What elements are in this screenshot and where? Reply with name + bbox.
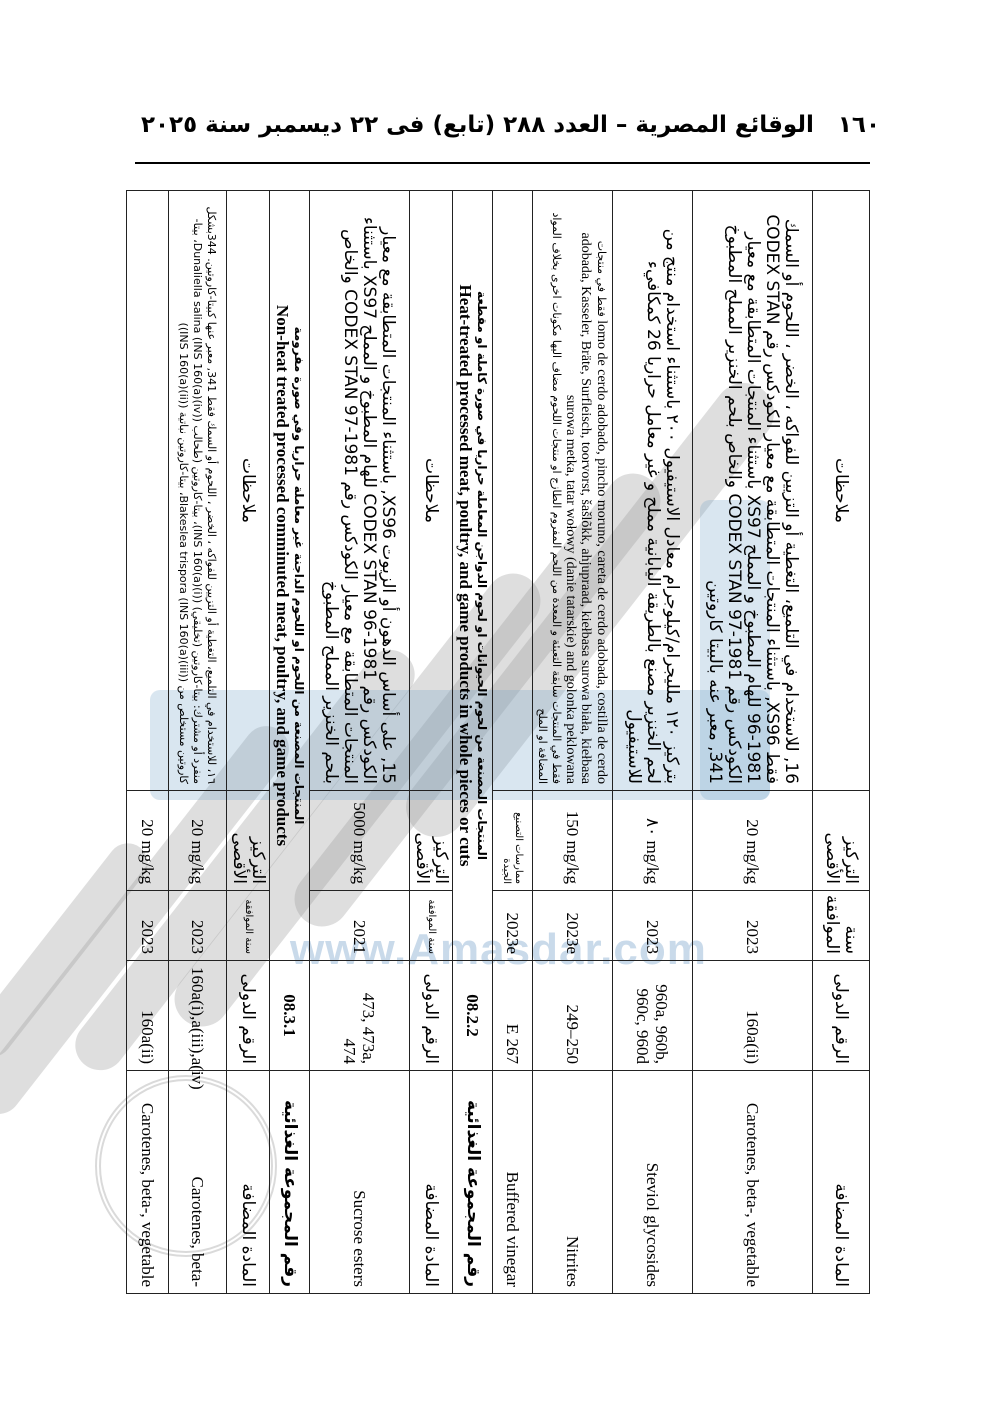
ins-cell: 473, 473a, 474 <box>310 961 410 1071</box>
ins-cell: 160a(i),a(iii),a(iv) <box>169 961 227 1071</box>
year-cell: 2023 <box>127 891 169 961</box>
notes-cell <box>493 191 533 791</box>
page-number: ١٦٠ <box>838 112 880 138</box>
header-year: سنة الموافقة <box>227 891 270 961</box>
additive-cell: Steviol glycosides <box>613 1071 693 1294</box>
ins-cell: 160a(ii) <box>127 961 169 1071</box>
table-header-row: ملاحظات التركيز الأقصى سنة الموافقة الرق… <box>227 191 270 1294</box>
max-level-cell: 150 mg/kg <box>533 791 613 891</box>
gazette-title: الوقائع المصرية – العدد ٢٨٨ (تابع) فى ٢٢… <box>141 112 814 138</box>
max-level-cell: ممارسات التصنيع الجيدة <box>493 791 533 891</box>
notes-cell: ١٦، للاستخدام في التلميع، التغطية أو الت… <box>169 191 227 791</box>
year-cell: 2023 <box>613 891 693 961</box>
table-row: 15, على أساس الدهون أو الزيوت XS96, باست… <box>310 191 410 1294</box>
table-header-row: ملاحظات التركيز الأقصى سنة الموافقة الرق… <box>410 191 453 1294</box>
food-category-code: 08.3.1 <box>270 961 310 1071</box>
food-category-title-ar: المنتجات المصنعة من اللحوم او اللحوم الد… <box>291 197 306 954</box>
ins-cell: 960a, 960b, 960c, 960d <box>613 961 693 1071</box>
page-header: ١٦٠ الوقائع المصرية – العدد ٢٨٨ (تابع) ف… <box>200 112 880 152</box>
additive-cell: Nitrites <box>533 1071 613 1294</box>
food-additives-table: ملاحظات التركيز الأقصى سنة الموافقة الرق… <box>126 190 870 1294</box>
header-max-level: التركيز الأقصى <box>813 791 870 891</box>
food-category-title-ar: المنتجات المصنعة من لحوم الحيوانات او لح… <box>474 197 489 954</box>
header-year: سنة الموافقة <box>813 891 870 961</box>
max-level-cell: 5000 mg/kg <box>310 791 410 891</box>
additive-cell: Carotenes, beta-, vegetable <box>693 1071 813 1294</box>
table-row: 16, للاستخدام في التلميع، التغطية أو الت… <box>693 191 813 1294</box>
header-ins: الرقم الدولى <box>227 961 270 1071</box>
ins-cell: 249–250 <box>533 961 613 1071</box>
table-row: فقط في منتجات lomo de cerdo adobado, pin… <box>533 191 613 1294</box>
table-row: 20 mg/kg 2023 160a(ii) Carotenes, beta-,… <box>127 191 169 1294</box>
table-header-row: ملاحظات التركيز الأقصى سنة الموافقة الرق… <box>813 191 870 1294</box>
food-category-code: 08.2.2 <box>453 961 493 1071</box>
food-category-title: المنتجات المصنعة من لحوم الحيوانات او لح… <box>453 191 493 961</box>
food-category-label: رقم المجموعة الغذائية <box>453 1071 493 1294</box>
header-rule <box>135 162 870 164</box>
header-notes: ملاحظات <box>813 191 870 791</box>
header-ins: الرقم الدولى <box>813 961 870 1071</box>
header-max-level: التركيز الأقصى <box>410 791 453 891</box>
ins-cell: E 267 <box>493 961 533 1071</box>
notes-cell: 16, للاستخدام في التلميع، التغطية أو الت… <box>693 191 813 791</box>
max-level-cell: ٨٠ mg/kg <box>613 791 693 891</box>
header-max-level: التركيز الأقصى <box>227 791 270 891</box>
additive-cell: Carotenes, beta- <box>169 1071 227 1294</box>
additive-cell: Buffered vinegar <box>493 1071 533 1294</box>
food-category-title-en: Heat-treated processed meat, poultry, an… <box>456 197 474 954</box>
table-row: بتركيز ١٢٠ ملليجرام/كيلوجرام معادل الاست… <box>613 191 693 1294</box>
rotated-table-frame: ملاحظات التركيز الأقصى سنة الموافقة الرق… <box>133 190 870 1293</box>
food-category-title-en: Non-heat treated processed comminuted me… <box>273 197 291 954</box>
header-additive: المادة المضافة <box>813 1071 870 1294</box>
max-level-cell: 20 mg/kg <box>127 791 169 891</box>
additive-cell: Sucrose esters <box>310 1071 410 1294</box>
table-row: ١٦، للاستخدام في التلميع، التغطية أو الت… <box>169 191 227 1294</box>
food-category-row: المنتجات المصنعة من لحوم الحيوانات او لح… <box>453 191 493 1294</box>
notes-ar-suffix: فقط في المنتجات سابقة التعبئة و المعدة م… <box>535 197 563 784</box>
notes-cell: 15, على أساس الدهون أو الزيوت XS96, باست… <box>310 191 410 791</box>
header-notes: ملاحظات <box>227 191 270 791</box>
year-cell: 2023 <box>693 891 813 961</box>
table-row: ممارسات التصنيع الجيدة 2023e E 267 Buffe… <box>493 191 533 1294</box>
year-cell: 2021 <box>310 891 410 961</box>
food-category-row: المنتجات المصنعة من اللحوم او اللحوم الد… <box>270 191 310 1294</box>
year-cell: 2023e <box>533 891 613 961</box>
ins-cell: 160a(ii) <box>693 961 813 1071</box>
additive-cell: Carotenes, beta-, vegetable <box>127 1071 169 1294</box>
header-year: سنة الموافقة <box>410 891 453 961</box>
notes-ar-prefix: فقط في منتجات <box>595 241 608 317</box>
header-notes: ملاحظات <box>410 191 453 791</box>
notes-cell <box>127 191 169 791</box>
notes-cell: بتركيز ١٢٠ ملليجرام/كيلوجرام معادل الاست… <box>613 191 693 791</box>
food-category-label: رقم المجموعة الغذائية <box>270 1071 310 1294</box>
header-additive: المادة المضافة <box>227 1071 270 1294</box>
year-cell: 2023 <box>169 891 227 961</box>
header-additive: المادة المضافة <box>410 1071 453 1294</box>
header-ins: الرقم الدولى <box>410 961 453 1071</box>
notes-cell: فقط في منتجات lomo de cerdo adobado, pin… <box>533 191 613 791</box>
year-cell: 2023e <box>493 891 533 961</box>
food-category-title: المنتجات المصنعة من اللحوم او اللحوم الد… <box>270 191 310 961</box>
max-level-cell: 20 mg/kg <box>169 791 227 891</box>
max-level-cell: 20 mg/kg <box>693 791 813 891</box>
